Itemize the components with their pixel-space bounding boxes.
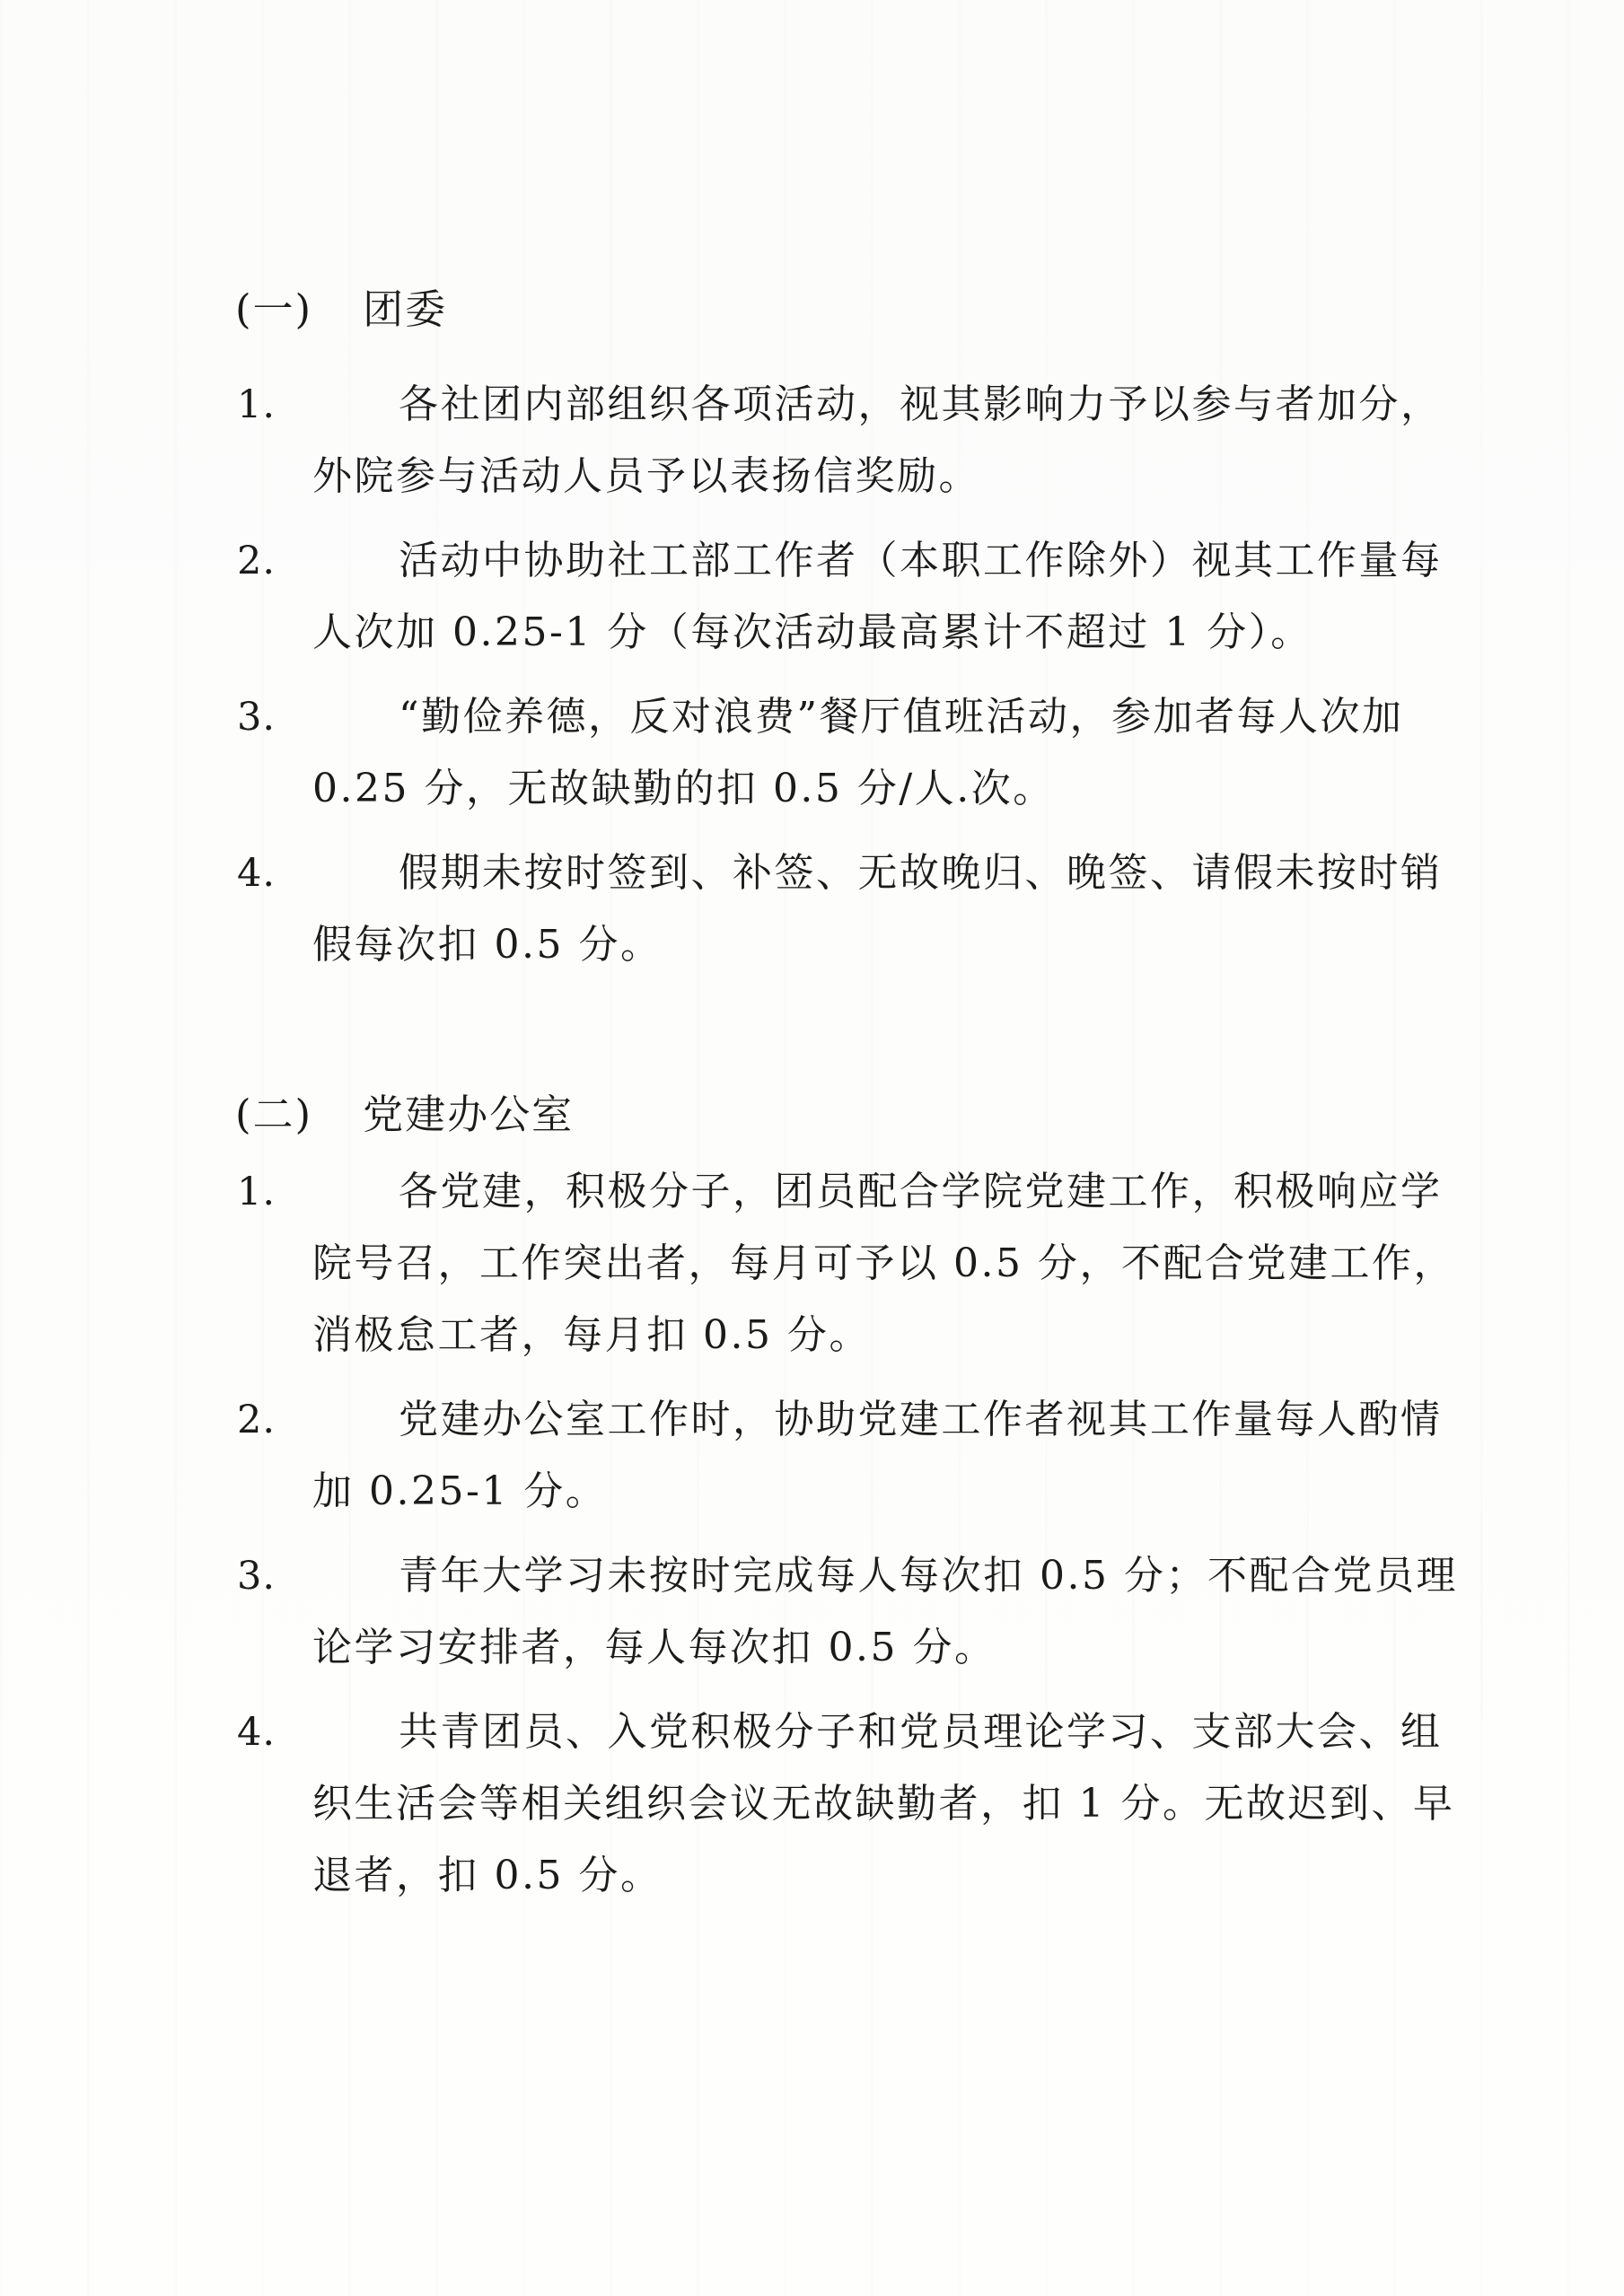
list-item: 2. 活动中协助社工部工作者（本职工作除外）视其工作量每 人次加 0.25-1 …	[235, 525, 1444, 669]
section-index: (一)	[235, 285, 312, 333]
text-line: 青年大学习未按时完成每人每次扣 0.5 分；不配合党员理	[235, 1540, 1444, 1612]
text-line: “勤俭养德，反对浪费”餐厅值班活动，参加者每人次加	[235, 681, 1444, 753]
item-number: 4.	[237, 1696, 276, 1768]
list-item: 2. 党建办公室工作时，协助党建工作者视其工作量每人酌情 加 0.25-1 分。	[235, 1384, 1444, 1528]
section-index: (二)	[235, 1091, 312, 1138]
text-line: 共青团员、入党积极分子和党员理论学习、支部大会、组	[235, 1696, 1444, 1768]
text-line: 0.25 分，无故缺勤的扣 0.5 分/人.次。	[235, 753, 1444, 825]
text-line: 退者，扣 0.5 分。	[235, 1840, 1444, 1912]
text-line: 消极怠工者，每月扣 0.5 分。	[235, 1300, 1444, 1371]
text-line: 加 0.25-1 分。	[235, 1456, 1444, 1528]
item-number: 2.	[237, 525, 276, 597]
list-item: 1. 各党建，积极分子，团员配合学院党建工作，积极响应学 院号召，工作突出者，每…	[235, 1156, 1444, 1371]
item-number: 1.	[237, 1156, 276, 1228]
text-line: 院号召，工作突出者，每月可予以 0.5 分，不配合党建工作，	[235, 1228, 1444, 1300]
item-number: 2.	[237, 1384, 276, 1456]
text-line: 假每次扣 0.5 分。	[235, 909, 1444, 981]
text-line: 活动中协助社工部工作者（本职工作除外）视其工作量每	[235, 525, 1444, 597]
text-line: 各党建，积极分子，团员配合学院党建工作，积极响应学	[235, 1156, 1444, 1228]
text-line: 论学习安排者，每人每次扣 0.5 分。	[235, 1612, 1444, 1684]
item-number: 3.	[237, 681, 276, 753]
list-item: 3. 青年大学习未按时完成每人每次扣 0.5 分；不配合党员理 论学习安排者，每…	[235, 1540, 1444, 1684]
section-tuanwei: (一)团委 1. 各社团内部组织各项活动，视其影响力予以参与者加分， 外院参与活…	[235, 274, 1444, 981]
list-item: 1. 各社团内部组织各项活动，视其影响力予以参与者加分， 外院参与活动人员予以表…	[235, 369, 1444, 513]
section-dangjian: (二)党建办公室 1. 各党建，积极分子，团员配合学院党建工作，积极响应学 院号…	[235, 1079, 1444, 1912]
text-line: 假期未按时签到、补签、无故晚归、晚签、请假未按时销	[235, 837, 1444, 909]
text-line: 人次加 0.25-1 分（每次活动最高累计不超过 1 分）。	[235, 597, 1444, 669]
text-line: 外院参与活动人员予以表扬信奖励。	[235, 441, 1444, 513]
section-heading: (二)党建办公室	[235, 1079, 1444, 1151]
text-line: 党建办公室工作时，协助党建工作者视其工作量每人酌情	[235, 1384, 1444, 1456]
list-item: 3. “勤俭养德，反对浪费”餐厅值班活动，参加者每人次加 0.25 分，无故缺勤…	[235, 681, 1444, 825]
list-item: 4. 假期未按时签到、补签、无故晚归、晚签、请假未按时销 假每次扣 0.5 分。	[235, 837, 1444, 981]
list-item: 4. 共青团员、入党积极分子和党员理论学习、支部大会、组 织生活会等相关组织会议…	[235, 1696, 1444, 1912]
item-number: 1.	[237, 369, 276, 441]
document-content: (一)团委 1. 各社团内部组织各项活动，视其影响力予以参与者加分， 外院参与活…	[235, 274, 1444, 1924]
section-title: 团委	[363, 285, 447, 333]
item-number: 3.	[237, 1540, 276, 1612]
item-number: 4.	[237, 837, 276, 909]
section-title: 党建办公室	[363, 1091, 574, 1138]
document-page: (一)团委 1. 各社团内部组织各项活动，视其影响力予以参与者加分， 外院参与活…	[0, 0, 1624, 2296]
section-heading: (一)团委	[235, 274, 1444, 346]
text-line: 各社团内部组织各项活动，视其影响力予以参与者加分，	[235, 369, 1444, 441]
text-line: 织生活会等相关组织会议无故缺勤者，扣 1 分。无故迟到、早	[235, 1768, 1444, 1840]
